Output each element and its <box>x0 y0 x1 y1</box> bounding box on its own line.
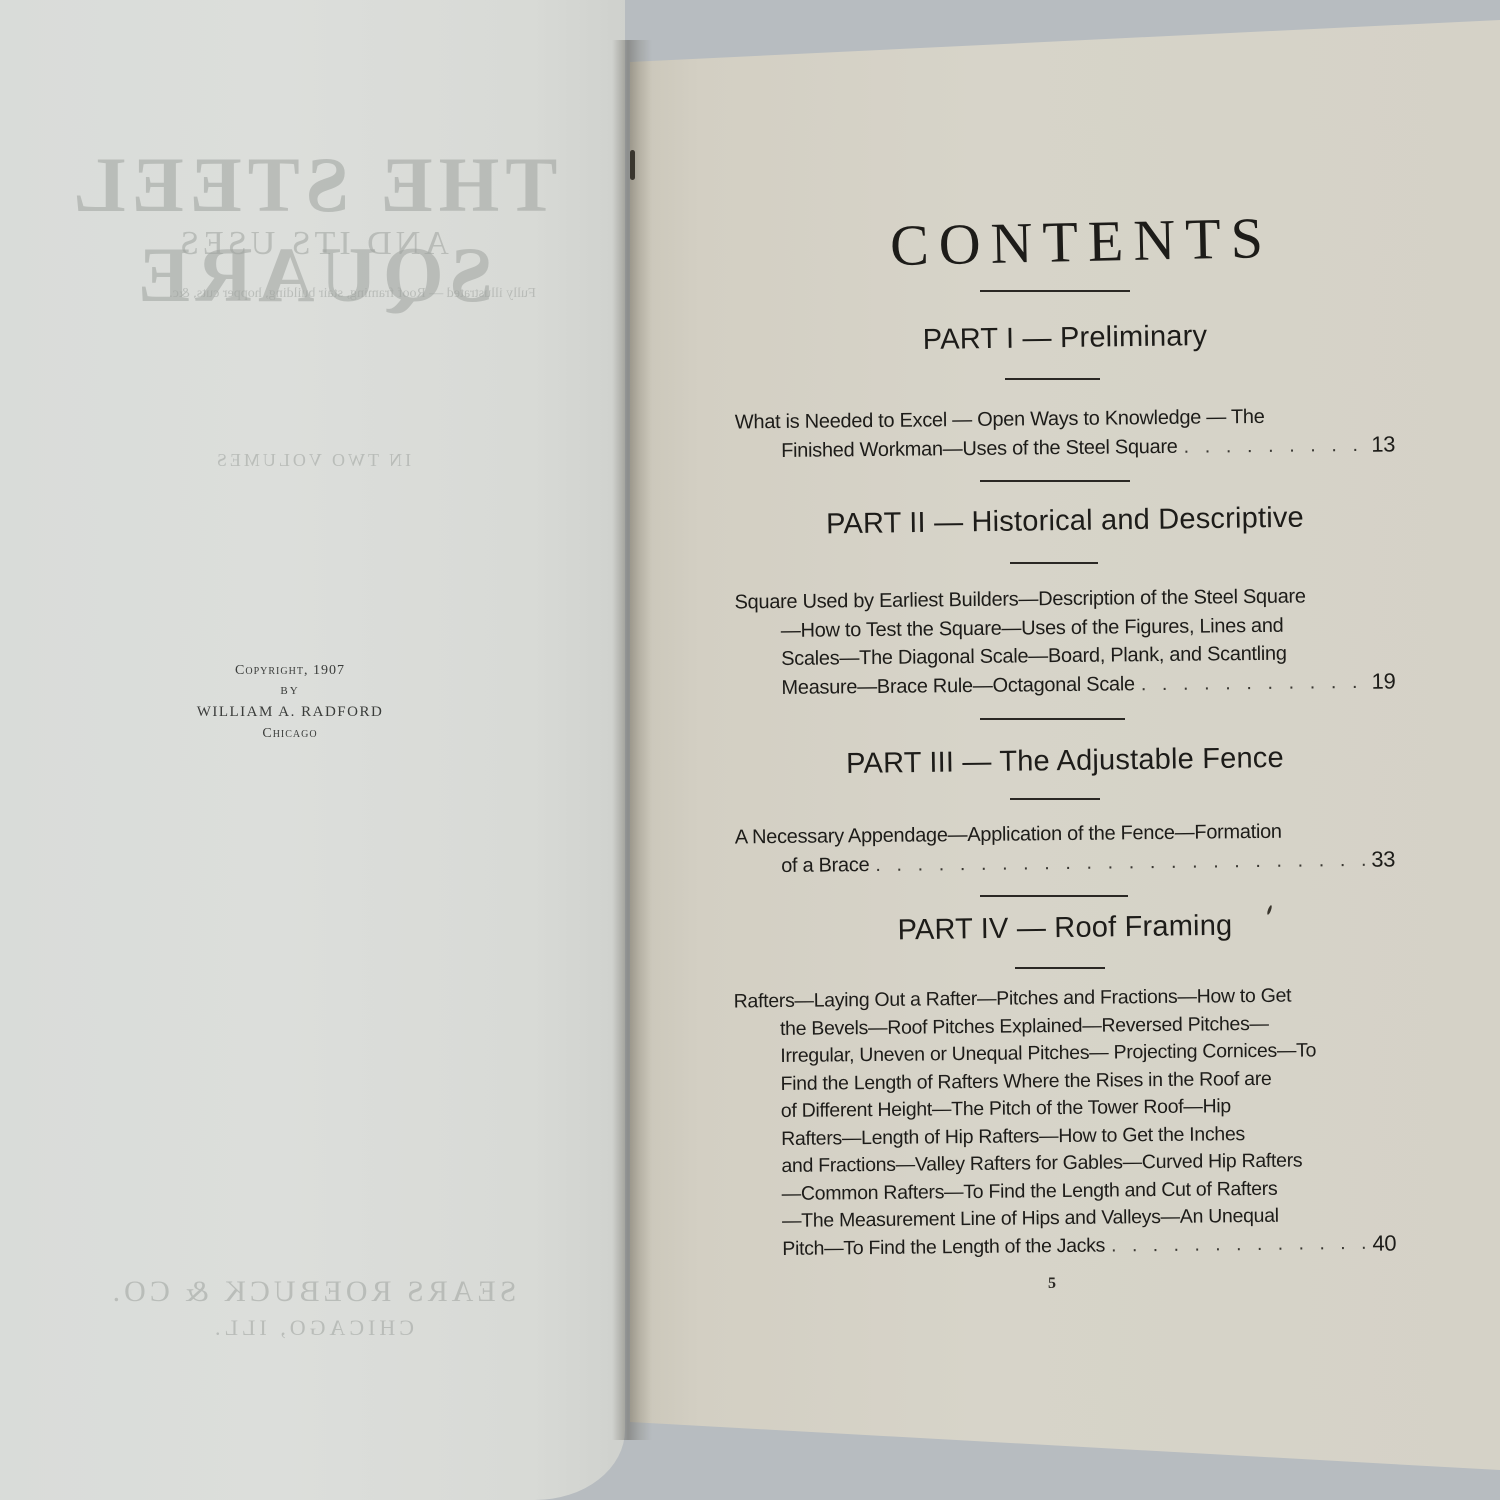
copyright-city: Chicago <box>100 723 480 744</box>
part-3-entry: A Necessary Appendage—Application of the… <box>735 817 1396 881</box>
copyright-line: Copyright, 1907 <box>100 660 480 681</box>
contents-heading: CONTENTS <box>889 204 1270 279</box>
page-ref: 40 <box>1372 1229 1396 1257</box>
divider <box>1015 967 1105 969</box>
left-page: THE STEEL SQUARE AND ITS USES Fully illu… <box>0 0 625 1500</box>
gutter-mark <box>630 150 635 180</box>
divider <box>980 290 1130 292</box>
bleed-through-subtitle: AND ITS USES <box>0 225 625 263</box>
bleed-through-publisher: SEARS ROEBUCK & CO. <box>0 1275 625 1309</box>
dot-leader: . . . . . . . . . . . . . . . . . . . . … <box>1177 430 1371 461</box>
bleed-through-paragraph: Fully illustrated — Roof framing, stair … <box>0 285 625 303</box>
part-4-entry: Rafters—Laying Out a Rafter—Pitches and … <box>734 982 1397 1264</box>
divider <box>1005 378 1100 380</box>
page-ref: 19 <box>1371 667 1395 696</box>
dot-leader: . . . . . . . . . . . . . . . . . . . . … <box>1135 667 1372 698</box>
part-1-entry: What is Needed to Excel — Open Ways to K… <box>735 402 1396 466</box>
bleed-through-volume: IN TWO VOLUMES <box>0 450 625 471</box>
bleed-through-city: CHICAGO, ILL. <box>0 1315 625 1341</box>
copyright-notice: Copyright, 1907 BY WILLIAM A. RADFORD Ch… <box>100 660 480 744</box>
page-ref: 33 <box>1371 845 1395 874</box>
copyright-author: WILLIAM A. RADFORD <box>100 702 480 723</box>
divider <box>980 718 1125 720</box>
dot-leader: . . . . . . . . . . . . . . . . . . . . … <box>869 845 1371 879</box>
page-number: 5 <box>1048 1275 1056 1293</box>
divider <box>1010 798 1100 800</box>
dot-leader: . . . . . . . . . . . . . . . . . . . . … <box>1105 1229 1373 1259</box>
divider <box>980 895 1128 897</box>
book-gutter-shadow <box>612 40 652 1440</box>
page-ref: 13 <box>1371 430 1395 459</box>
copyright-by: BY <box>100 681 480 702</box>
divider <box>1010 562 1098 564</box>
part-2-entry: Square Used by Earliest Builders—Descrip… <box>734 582 1395 703</box>
divider <box>980 480 1130 482</box>
